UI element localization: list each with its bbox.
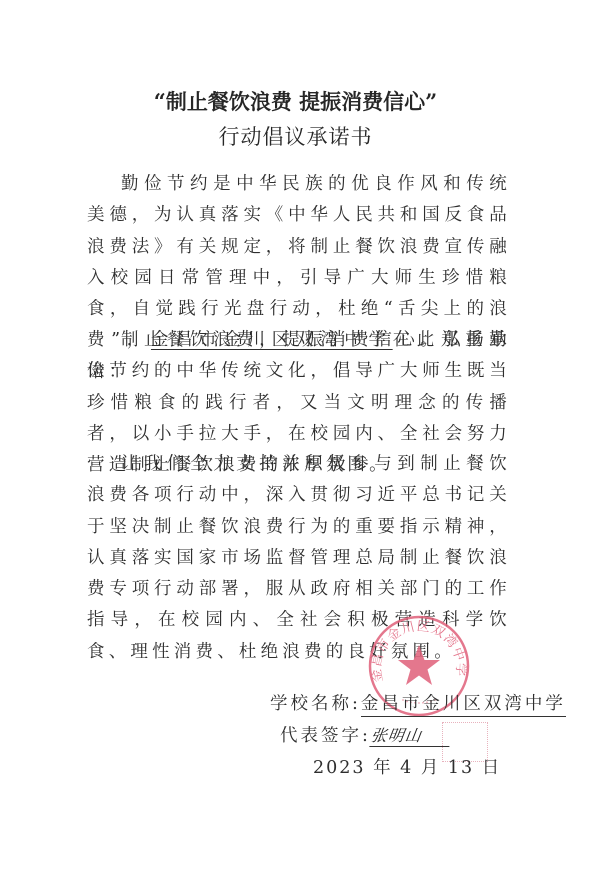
document-date: 2023 年 4 月 13 日 xyxy=(313,754,501,779)
document-subtitle: 行动倡议承诺书 xyxy=(0,121,591,151)
representative-label: 代表签字: xyxy=(280,726,371,746)
school-name-value: 金昌市金川区双湾中学 xyxy=(361,690,566,717)
star-icon xyxy=(398,645,440,685)
paragraph-1-text: 勤俭节约是中华民族的优良作风和传统美德，为认真落实《中华人民共和国反食品浪费法》… xyxy=(87,174,511,350)
school-name-label: 学校名称: xyxy=(270,694,361,714)
school-name-row: 学校名称:金昌市金川区双湾中学 xyxy=(270,690,566,717)
representative-signature-row: 代表签字:张明山 xyxy=(280,722,451,747)
document-title: “制止餐饮浪费 提振消费信心” xyxy=(0,86,591,116)
document-page: “制止餐饮浪费 提振消费信心” 行动倡议承诺书 勤俭节约是中华民族的优良作风和传… xyxy=(0,0,591,886)
handwritten-signature: 张明山 xyxy=(369,723,452,747)
